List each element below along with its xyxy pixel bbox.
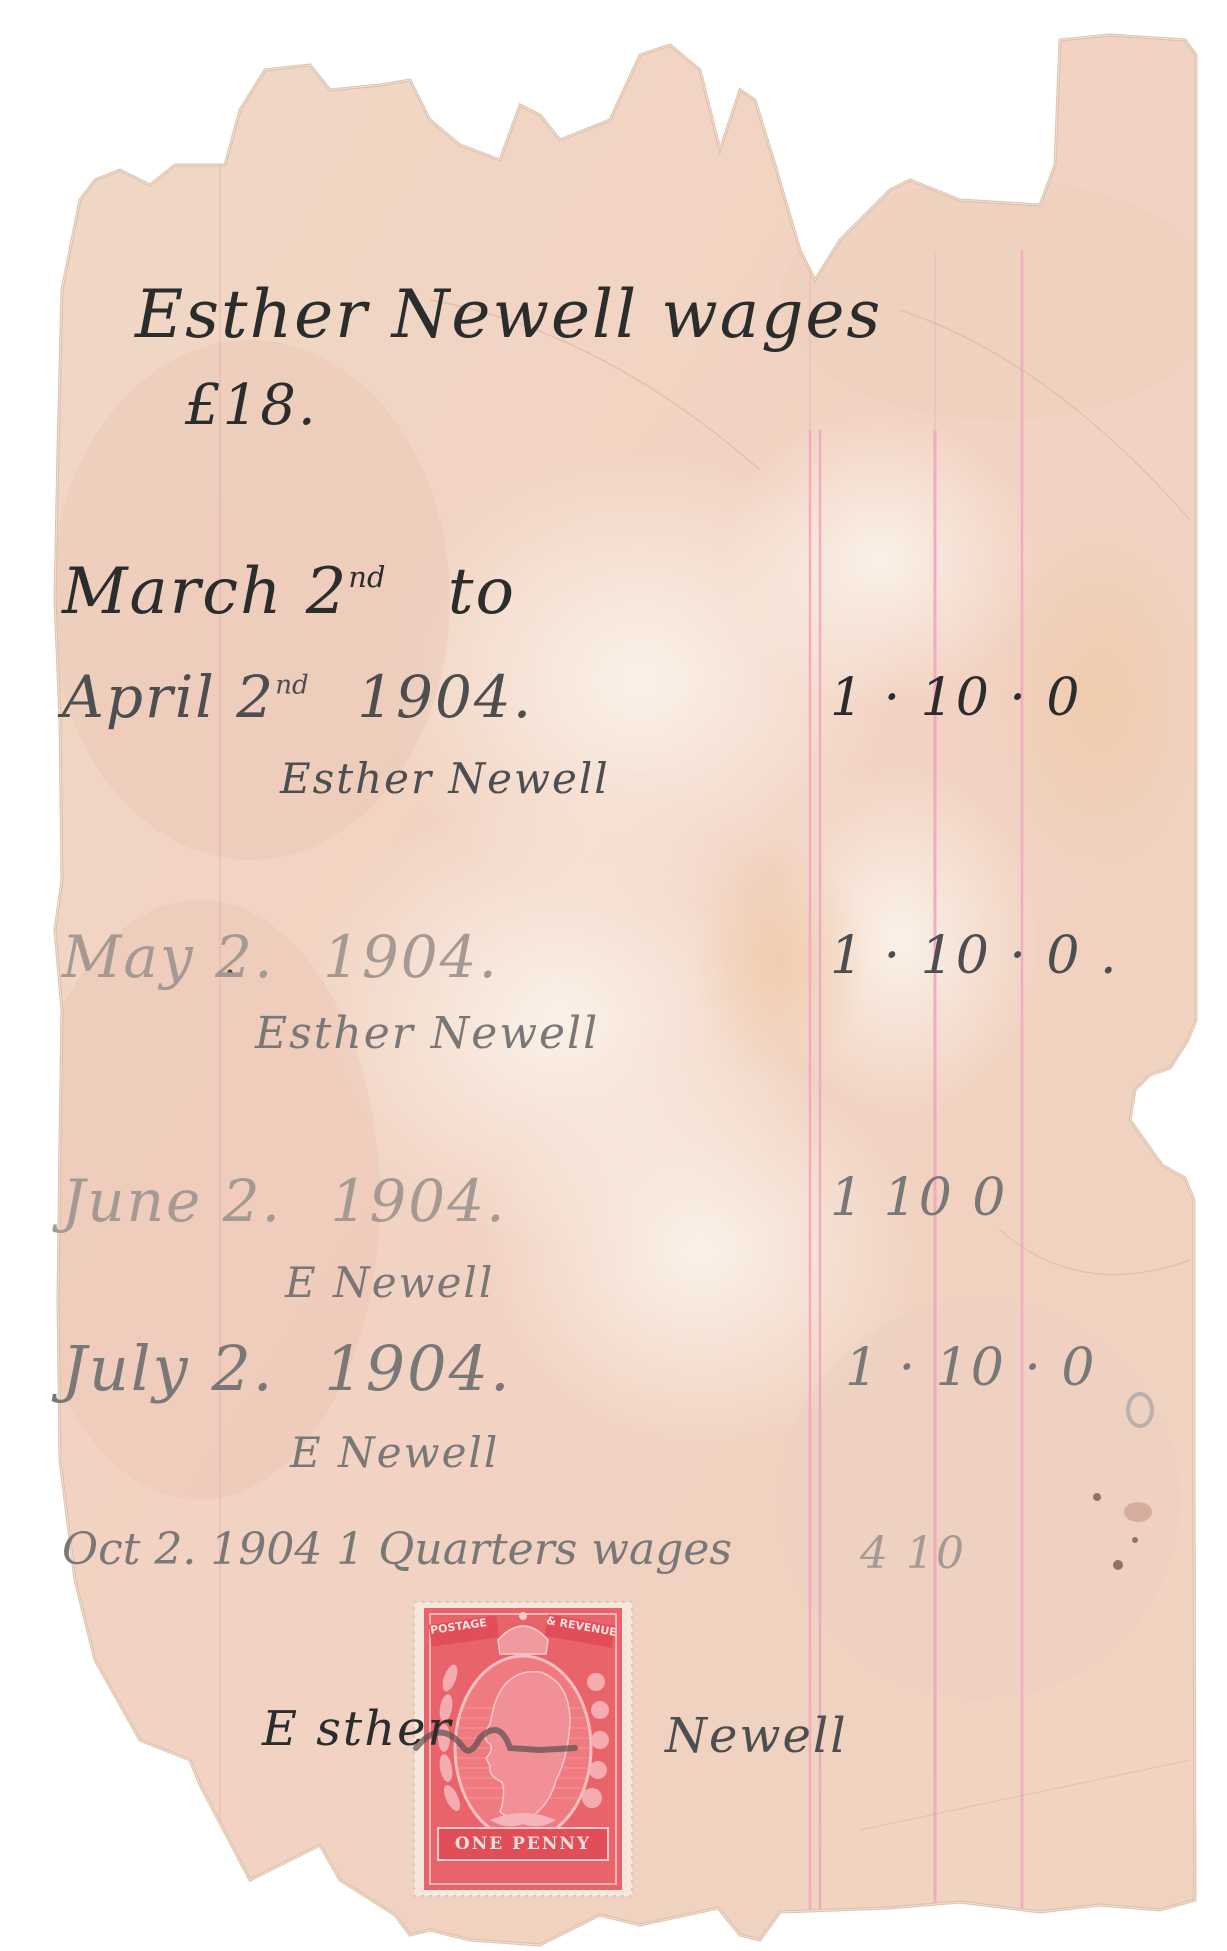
entry-date-superscript: nd [275,671,309,701]
final-signature-last: Newell [665,1712,848,1760]
entry-amount: 1 · 10 · 0 . [830,930,1119,982]
entry-signature: Esther Newell [255,1012,599,1056]
entry-year: 1904. [323,923,499,991]
quarter-entry-text: Oct 2. 1904 1 Quarters wages [62,1528,732,1572]
entry-date-text: June 2. [62,1167,282,1235]
entry-date: April 2nd 1904. [62,668,533,726]
heading-title: Esther Newell wages [135,282,882,348]
period-to: to [448,555,516,629]
entry-signature: E Newell [285,1262,494,1304]
period-start: March 2 [62,555,348,629]
entry-amount: 1 10 0 [830,1172,1007,1224]
stamp-value-label: ONE PENNY [410,1834,636,1854]
entry-signature: Esther Newell [280,758,610,800]
period-line: March 2nd to [62,560,516,624]
entry-amount: 1 · 10 · 0 [830,672,1082,724]
entry-signature: E Newell [290,1432,499,1474]
period-start-superscript: nd [348,560,385,594]
entry-date-text: July 2. [62,1332,275,1405]
entry-year: 1904. [324,1332,512,1405]
entry-date-text: April 2 [62,663,275,731]
final-signature-first: E sther [262,1705,452,1753]
entry-amount: 1 · 10 · 0 [845,1342,1097,1394]
entry-date: June 2. 1904. [62,1172,507,1230]
entry-date: May 2. 1904. [62,928,499,986]
quarter-entry-amount: 4 10 [860,1532,966,1576]
receipt-paper: Esther Newell wages £18. March 2nd to Ap… [0,0,1227,1951]
entry-date-text: May 2. [62,923,275,991]
entry-year: 1904. [331,1167,507,1235]
annual-wage-amount: £18. [185,378,318,434]
entry-year: 1904. [357,663,533,731]
entry-date: July 2. 1904. [62,1338,512,1400]
